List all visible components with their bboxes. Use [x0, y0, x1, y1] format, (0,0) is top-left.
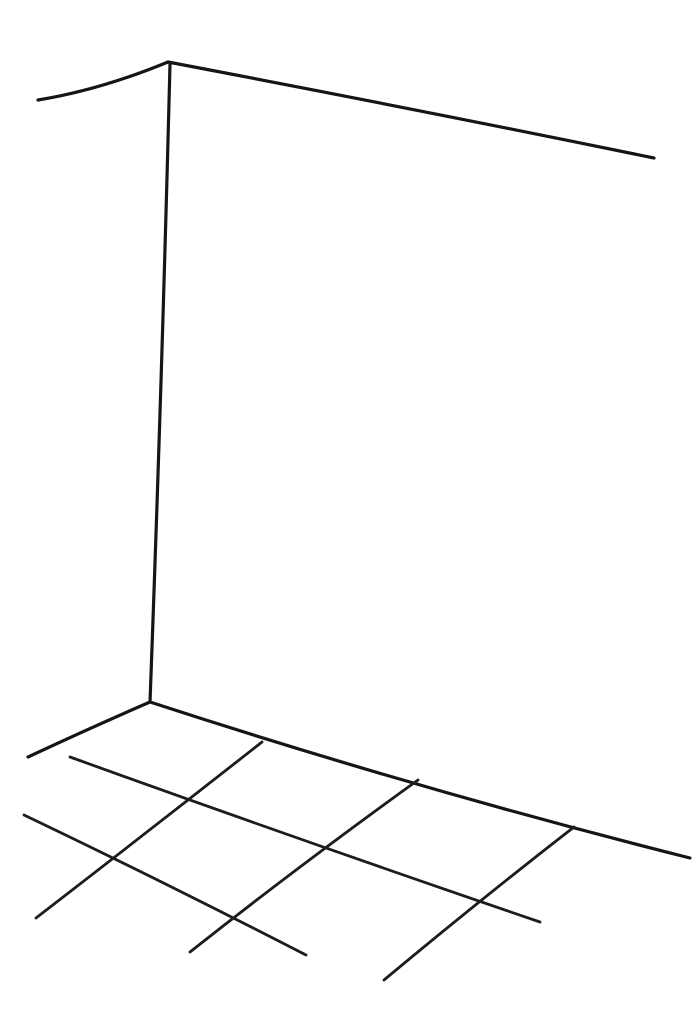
floor-edges [28, 702, 690, 858]
tile-line-col-3 [384, 827, 574, 980]
floor-tile-grid [24, 742, 574, 980]
tile-line-col-1 [36, 742, 262, 918]
ceiling [38, 62, 654, 158]
ceiling-edge-right [168, 62, 654, 158]
room-corner-sketch [0, 0, 692, 1030]
floor-wall-edge-left [28, 702, 150, 757]
wall-corner-vertical [150, 64, 170, 702]
ceiling-edge-left [38, 62, 168, 100]
tile-line-row-1 [70, 757, 540, 922]
tile-line-col-2 [190, 780, 418, 952]
floor-wall-edge-right [150, 702, 690, 858]
tile-line-row-2 [24, 815, 306, 955]
